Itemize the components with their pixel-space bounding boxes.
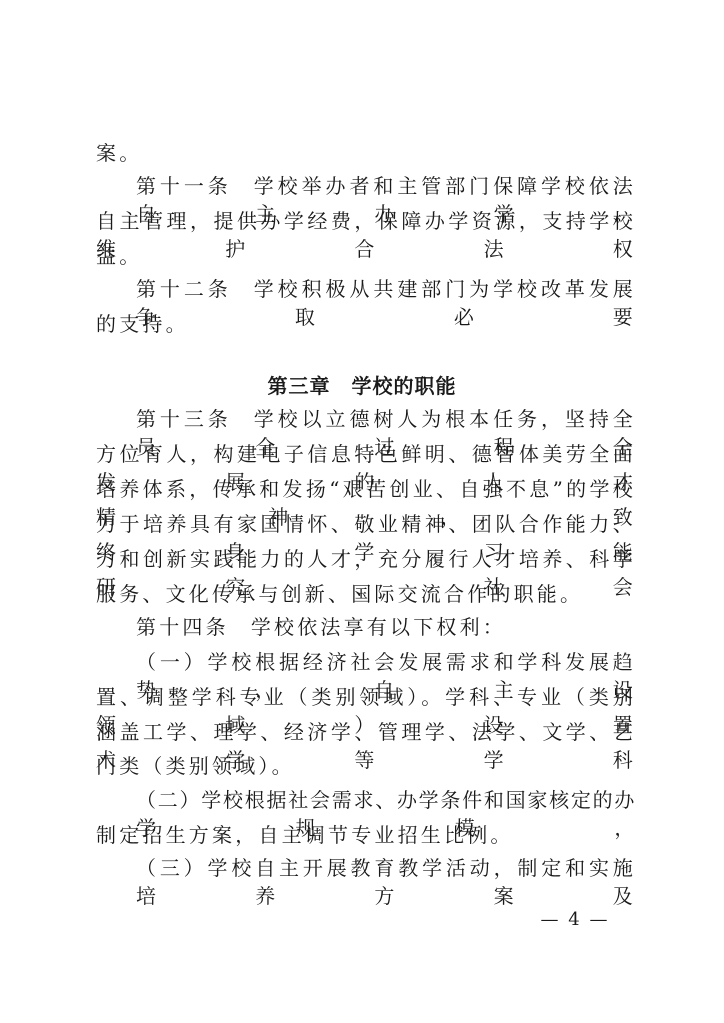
line-text: （三）学校自主开展教育教学活动，制定和实施培养方案及 [136,856,636,908]
document-page: 案。 第十一条学校举办者和主管部门保障学校依法自主办学、 自主管理，提供办学经费… [0,0,724,1023]
text-line: 制定招生方案，自主调节专业招生比例。 [96,821,636,849]
article-number: 第十三条 [136,407,232,431]
clause-3-line: （三）学校自主开展教育教学活动，制定和实施培养方案及 [136,854,636,910]
line-text: 案。 [96,141,142,165]
article-number: 第十四条 [136,615,229,639]
line-text: 益。 [96,244,142,268]
article-number: 第十一条 [136,174,232,198]
line-text: 学校依法享有以下权利： [251,615,506,639]
line-text: 门类（类别领域）。 [96,754,295,778]
article-14-line: 第十四条学校依法享有以下权利： [136,613,676,641]
line-text: 服务、文化传承与创新、国际交流合作的职能。 [96,582,583,606]
text-line: 门类（类别领域）。 [96,752,636,780]
text-line: 服务、文化传承与创新、国际交流合作的职能。 [96,580,636,608]
text-line: 的支持。 [96,310,636,338]
article-number: 第十二条 [136,277,232,301]
text-line: 益。 [96,242,636,270]
chapter-heading: 第三章 学校的职能 [0,372,724,400]
text-line: 案。 [96,139,636,167]
line-text: 的支持。 [96,312,189,336]
line-text: 制定招生方案，自主调节专业招生比例。 [96,823,514,847]
page-number: — 4 — [530,908,620,932]
